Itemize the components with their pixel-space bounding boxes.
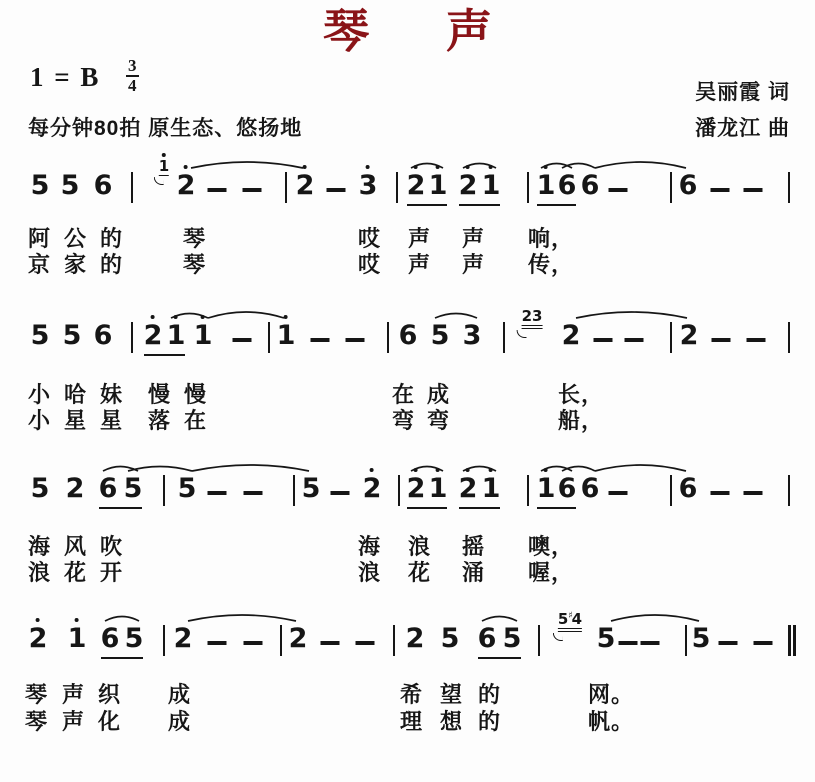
grace-note: 1	[159, 159, 169, 176]
note: 5	[431, 322, 450, 349]
note: 6	[679, 475, 698, 502]
lyric-syllable: 声	[62, 705, 85, 736]
barline	[280, 625, 282, 656]
time-signature: 3 4	[126, 57, 139, 95]
lyric-syllable: 的	[100, 248, 123, 279]
lyric-syllable: 哎	[358, 248, 381, 279]
note: 6	[581, 475, 600, 502]
duration-dash	[641, 641, 660, 645]
note: 6	[679, 172, 698, 199]
barline	[393, 625, 395, 656]
lyric-syllable: 星	[64, 404, 87, 435]
duration-dash	[747, 338, 766, 342]
note: 5	[125, 625, 144, 652]
note: 2	[562, 322, 581, 349]
note: 2	[459, 475, 478, 502]
note: 5	[441, 625, 460, 652]
lyric-row: 阿公的琴哎声声响，	[0, 222, 815, 248]
beam-underline	[407, 204, 447, 206]
note: 2	[680, 322, 699, 349]
lyric-syllable: 开	[100, 556, 123, 587]
barline	[788, 322, 790, 353]
barline	[788, 172, 790, 203]
lyric-syllable: 浪	[358, 556, 381, 587]
lyric-syllable: 京	[28, 248, 51, 279]
duration-dash	[208, 491, 227, 495]
lyric-row: 浪花开浪花涌喔，	[0, 556, 815, 582]
beam-underline	[537, 507, 576, 509]
notation-line: 556122321211666	[0, 155, 815, 213]
note: 5	[31, 475, 50, 502]
note: 5	[61, 172, 80, 199]
lyric-syllable: 帆。	[588, 705, 634, 736]
barline	[670, 322, 672, 353]
beam-underline	[459, 204, 500, 206]
note: 1	[68, 625, 87, 652]
beam-underline	[407, 507, 447, 509]
notation-line: 55621116532322	[0, 305, 815, 363]
duration-dash	[243, 188, 262, 192]
duration-dash	[625, 338, 644, 342]
duration-dash	[594, 338, 613, 342]
lyric-syllable: 喔，	[528, 556, 574, 587]
lyric-syllable: 声	[408, 248, 431, 279]
barline	[527, 475, 529, 506]
lyric-syllable: 琴	[25, 705, 48, 736]
note: 2	[66, 475, 85, 502]
note: 2	[459, 172, 478, 199]
duration-dash	[331, 491, 350, 495]
note: 1	[277, 322, 296, 349]
barline	[163, 475, 165, 506]
note: 1	[482, 172, 501, 199]
lyric-syllable: 弯	[427, 404, 450, 435]
lyric-row: 琴声织成希望的网。	[0, 678, 815, 704]
duration-dash	[311, 338, 330, 342]
note: 1	[167, 322, 186, 349]
note: 1	[482, 475, 501, 502]
barline	[503, 322, 505, 353]
note: 6	[399, 322, 418, 349]
lyric-syllable: 家	[64, 248, 87, 279]
duration-dash	[244, 491, 263, 495]
note: 2	[177, 172, 196, 199]
barline	[538, 625, 540, 656]
barline	[268, 322, 270, 353]
beam-underline	[478, 657, 521, 659]
lyric-syllable: 浪	[28, 556, 51, 587]
notation-line: 21652225655♯455	[0, 608, 815, 666]
note: 2	[407, 172, 426, 199]
note: 6	[99, 475, 118, 502]
duration-dash	[711, 491, 730, 495]
lyric-syllable: 船，	[558, 404, 604, 435]
duration-dash	[754, 641, 773, 645]
note: 5	[503, 625, 522, 652]
barline	[788, 475, 790, 506]
barline	[387, 322, 389, 353]
note: 5	[597, 625, 616, 652]
lyric-syllable: 花	[408, 556, 431, 587]
lyric-row: 小星星落在弯弯船，	[0, 404, 815, 430]
note: 5	[31, 172, 50, 199]
barline	[670, 475, 672, 506]
beam-underline	[144, 354, 185, 356]
final-barline	[788, 625, 796, 656]
duration-dash	[356, 641, 375, 645]
beam-underline	[537, 204, 576, 206]
note: 1	[194, 322, 213, 349]
note: 6	[581, 172, 600, 199]
lyric-syllable: 声	[462, 248, 485, 279]
barline	[396, 172, 398, 203]
note: 5	[124, 475, 143, 502]
lyric-syllable: 琴	[183, 248, 206, 279]
note: 5	[692, 625, 711, 652]
sheet-music-page: 琴 声 1 = B 3 4 吴丽霞 词 每分钟80拍 原生态、悠扬地 潘龙江 曲…	[0, 0, 815, 782]
barline	[685, 625, 687, 656]
lyric-syllable: 化	[98, 705, 121, 736]
duration-dash	[744, 491, 763, 495]
duration-dash	[208, 641, 227, 645]
lyric-syllable: 想	[440, 705, 463, 736]
note: 2	[363, 475, 382, 502]
note: 5	[302, 475, 321, 502]
duration-dash	[327, 188, 346, 192]
lyric-syllable: 传，	[528, 248, 574, 279]
barline	[293, 475, 295, 506]
note: 2	[144, 322, 163, 349]
lyric-row: 海风吹海浪摇噢，	[0, 530, 815, 556]
duration-dash	[233, 338, 252, 342]
barline	[670, 172, 672, 203]
barline	[163, 625, 165, 656]
note: 1	[429, 172, 448, 199]
note: 6	[94, 172, 113, 199]
note: 6	[558, 172, 577, 199]
lyric-row: 京家的琴哎声声传，	[0, 248, 815, 274]
lyric-syllable: 弯	[392, 404, 415, 435]
duration-dash	[712, 338, 731, 342]
duration-dash	[609, 491, 628, 495]
time-signature-numerator: 3	[126, 57, 139, 77]
duration-dash	[208, 188, 227, 192]
key-signature: 1 = B	[30, 62, 100, 93]
tempo-marking: 每分钟80拍 原生态、悠扬地	[28, 112, 302, 142]
lyric-syllable: 涌	[462, 556, 485, 587]
note: 3	[359, 172, 378, 199]
note: 6	[558, 475, 577, 502]
duration-dash	[321, 641, 340, 645]
duration-dash	[346, 338, 365, 342]
duration-dash	[244, 641, 263, 645]
note: 6	[478, 625, 497, 652]
note: 5	[31, 322, 50, 349]
note: 2	[406, 625, 425, 652]
lyric-row: 小哈妹慢慢在成长，	[0, 378, 815, 404]
lyric-syllable: 落	[148, 404, 171, 435]
note: 2	[174, 625, 193, 652]
note: 6	[94, 322, 113, 349]
note: 1	[429, 475, 448, 502]
barline	[131, 172, 133, 203]
barline	[131, 322, 133, 353]
note: 3	[463, 322, 482, 349]
note: 6	[101, 625, 120, 652]
duration-dash	[744, 188, 763, 192]
duration-dash	[711, 188, 730, 192]
note: 5	[178, 475, 197, 502]
barline	[398, 475, 400, 506]
note: 1	[537, 172, 556, 199]
lyric-syllable: 小	[28, 404, 51, 435]
duration-dash	[619, 641, 638, 645]
grace-note: 5♯4	[558, 612, 582, 632]
lyric-syllable: 花	[64, 556, 87, 587]
note: 2	[289, 625, 308, 652]
note: 5	[63, 322, 82, 349]
note: 2	[29, 625, 48, 652]
barline	[527, 172, 529, 203]
note: 2	[407, 475, 426, 502]
lyric-syllable: 理	[400, 705, 423, 736]
lyric-syllable: 星	[100, 404, 123, 435]
duration-dash	[609, 188, 628, 192]
barline	[285, 172, 287, 203]
lyric-syllable: 在	[184, 404, 207, 435]
beam-underline	[99, 507, 142, 509]
duration-dash	[719, 641, 738, 645]
beam-underline	[101, 657, 143, 659]
lyric-syllable: 成	[168, 705, 191, 736]
lyric-row: 琴声化成理想的帆。	[0, 705, 815, 731]
lyricist-credit: 吴丽霞 词	[695, 76, 790, 106]
time-signature-denominator: 4	[126, 77, 139, 95]
note: 1	[537, 475, 556, 502]
lyric-syllable: 的	[478, 705, 501, 736]
beam-underline	[459, 507, 500, 509]
grace-note: 23	[522, 309, 543, 329]
note: 2	[296, 172, 315, 199]
song-title: 琴 声	[0, 6, 815, 57]
notation-line: 526555221211666	[0, 458, 815, 516]
composer-credit: 潘龙江 曲	[695, 112, 790, 142]
